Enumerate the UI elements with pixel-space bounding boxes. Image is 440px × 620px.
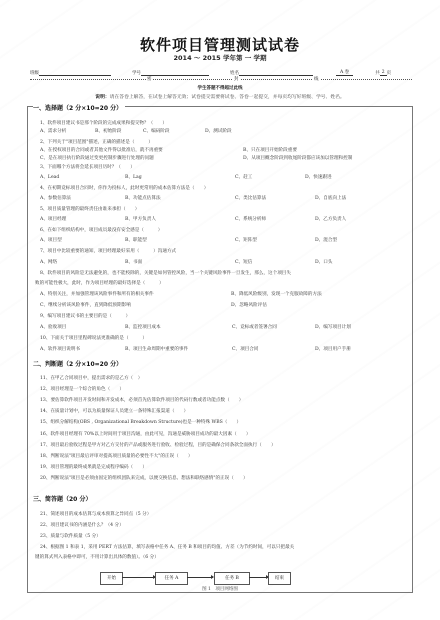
exam-frame bbox=[27, 106, 413, 593]
question-9: 9、编写项目建议书的主要目的是（ ） bbox=[40, 313, 130, 319]
class-field: 班级 bbox=[30, 69, 120, 76]
question-24: 24、根据图 1 和表 1，采用 PERT 方法估算，填写表格中任务 A、任务 … bbox=[40, 544, 294, 550]
section3-title: 三、简答题（20 分） bbox=[33, 494, 91, 503]
question-14: 14、在质量计划中，可以为质量保证人员建立一条特殊汇报渠道（ ） bbox=[40, 408, 188, 414]
question-8-cont: 败的可能性极大，此时，作为项目经理的最好选择是（ ） bbox=[35, 280, 164, 286]
question-2: 2、下列关于"项目范围"描述，正确的描述是（ ） bbox=[40, 139, 153, 145]
student-id-blank[interactable] bbox=[141, 69, 209, 76]
question-6: 6、在如下组织结构中，项目成员最没有安全感是（ ） bbox=[40, 227, 162, 233]
class-blank[interactable] bbox=[39, 69, 111, 76]
node-start: 开始 bbox=[100, 572, 123, 585]
figure-caption: 图 1 项目网络图 bbox=[0, 586, 440, 592]
arrow-icon bbox=[122, 577, 155, 578]
question-18: 18、判断说法"项目最后评审对提高项目质量的必要性不大"的正误（ ） bbox=[40, 453, 192, 459]
page-title: 软件项目管理测试试卷 bbox=[0, 34, 440, 55]
name-blank[interactable] bbox=[239, 69, 313, 76]
node-task-b: 任务 B bbox=[214, 572, 250, 585]
question-23: 23、质量与软件质量（5 分） bbox=[40, 533, 101, 539]
semester-subtitle: 2014 ～ 2015 学年第 一 学期 bbox=[0, 53, 440, 62]
question-21: 21、简述项目的成本估算与成本预算之异同点（5 分） bbox=[40, 511, 151, 517]
instructions: 说明：请在答卷上解答，在试卷上解答无效；试卷提交需要将试卷、答卷一起提交，并每页… bbox=[0, 93, 440, 100]
node-end: 结束 bbox=[268, 572, 291, 585]
question-1: 1、软件项目建议书是那个阶段的完成成果和提交物？（ ） bbox=[40, 120, 167, 126]
question-4: 4、在初期竞标项目合同时，你作为投标人，此时更常用的成本估算方法是（ ） bbox=[40, 185, 208, 191]
question-12: 12、项目经理是一个综合的角色（ ） bbox=[40, 386, 124, 392]
student-id-field: 学号 bbox=[132, 69, 222, 76]
question-10: 10、下面关于项目里程碑说法更准确的是（ ） bbox=[40, 335, 147, 341]
section1-title: 一、选择题（2 分×10=20 分） bbox=[33, 103, 125, 112]
class-label: 班级 bbox=[30, 70, 39, 76]
node-task-a: 任务 A bbox=[155, 572, 188, 585]
question-13: 13、要估算软件项目开发时间和开发成本，必须首先估算软件项目的代码行数或者功能点… bbox=[40, 397, 243, 403]
question-17: 17、项目最后验收过程是甲方对乙方交付的产品或服务进行验收、检验过程，目的是确保… bbox=[40, 442, 276, 448]
arrow-icon bbox=[249, 577, 268, 578]
question-3: 3、下面哪个方法将会延长项目历时？（ ） bbox=[40, 164, 135, 170]
page-count: 共 2 页 bbox=[375, 70, 391, 76]
student-id-label: 学号 bbox=[132, 70, 141, 76]
section2-title: 二、判断题（2 分×10=20 分） bbox=[33, 359, 122, 368]
question-24-cont: 键的算式列入表格中即可，不用计算出具体的数值）。（6 分） bbox=[35, 554, 159, 560]
question-11: 11、在甲乙合同项目中，提出需求的是乙方（ ） bbox=[40, 375, 142, 381]
name-field: 姓名 bbox=[230, 69, 320, 76]
question-20: 20、判断说法"项目是必须由固定的组织团队来完成，以便交换信息、想法和联络感情"… bbox=[40, 475, 248, 481]
question-16: 16、软件项目经理有 70%以上时间用于项目沟通，由此可见，沟通是威胁项目成功的… bbox=[40, 431, 250, 437]
question-15: 15、组织分解结构(OBS , Organizational Breakdown… bbox=[40, 419, 241, 425]
arrow-icon bbox=[187, 577, 213, 578]
question-7: 7、项目中比较重要的通知，项目经理最好采用（ ）沟通方式 bbox=[40, 248, 176, 254]
no-answer-notice: 学生答题不得超过此线 bbox=[0, 85, 440, 91]
student-info-row: 班级 学号 姓名 A 卷 共 2 页 bbox=[30, 66, 420, 76]
question-22: 22、项目建议书的内涵是什么？（4 分） bbox=[40, 522, 124, 528]
question-8: 8、软件项目的风险是无法避免的，也不能校除的，关键是如何管控风险，当一个关键风险… bbox=[40, 270, 291, 276]
question-5: 5、项目质量管理的最终责任由谁来承担（ ） bbox=[40, 206, 139, 212]
paper-type: A 卷 bbox=[336, 69, 353, 76]
question-19: 19、项目管理的最终成果就是完成程序编码（ ） bbox=[40, 464, 147, 470]
